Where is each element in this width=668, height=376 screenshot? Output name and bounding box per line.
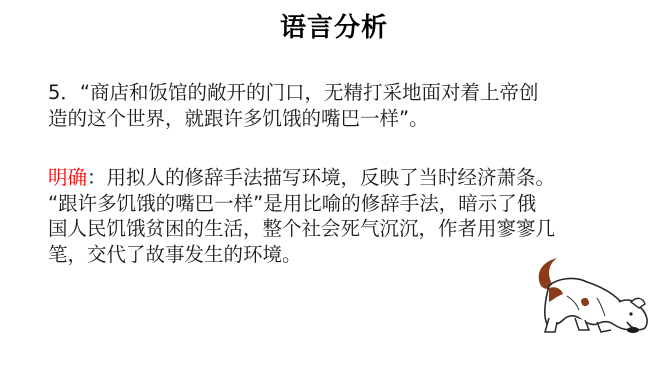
- analysis-line-3: 国人民饥饿贫困的生活，整个社会死气沉沉，作者用寥寥几: [48, 216, 648, 242]
- quote-paragraph: 5．“商店和饭馆的敞开的门口，无精打采地面对着上帝创 造的这个世界，就跟许多饥饿…: [48, 80, 648, 131]
- quote-line-1: 5．“商店和饭馆的敞开的门口，无精打采地面对着上帝创: [48, 80, 648, 106]
- analysis-line-1: 明确：用拟人的修辞手法描写环境，反映了当时经济萧条。: [48, 165, 648, 191]
- analysis-paragraph: 明确：用拟人的修辞手法描写环境，反映了当时经济萧条。 “跟许多饥饿的嘴巴一样”是…: [48, 165, 648, 267]
- analysis-line-1-text: ：用拟人的修辞手法描写环境，反映了当时经济萧条。: [87, 166, 555, 189]
- answer-label: 明确: [48, 166, 87, 189]
- dog-sniffing-icon: [527, 256, 657, 342]
- slide-title: 语言分析: [0, 7, 668, 44]
- quote-line-2: 造的这个世界，就跟许多饥饿的嘴巴一样”。: [48, 106, 648, 132]
- analysis-line-2: “跟许多饥饿的嘴巴一样”是用比喻的修辞手法，暗示了俄: [48, 191, 648, 217]
